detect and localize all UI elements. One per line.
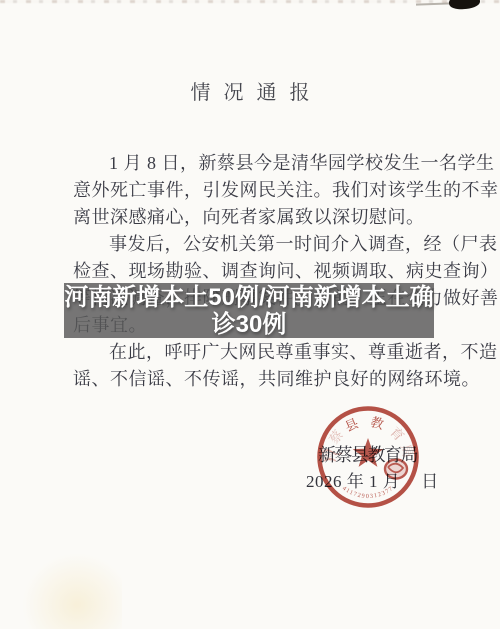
- document-line: 1 月 8 日，新蔡县今是清华园学校发生一名学生: [73, 150, 500, 177]
- seal-smudge-day: [385, 460, 407, 479]
- headline-line-2: 诊30例: [64, 311, 434, 338]
- paper-stain: [22, 553, 122, 629]
- headline-banner: 河南新增本土50例/河南新增本土确 诊30例: [64, 283, 434, 338]
- document-line: 事发后，公安机关第一时间介入调查，经（尸表: [73, 231, 500, 258]
- document-line: 离世深感痛心，向死者家属致以深切慰问。: [73, 204, 500, 231]
- seal-arc-char: 局: [398, 443, 416, 460]
- ink-smudge-icon: [448, 0, 480, 10]
- ink-smudge-line: [416, 2, 452, 5]
- headline-line-1: 河南新增本土50例/河南新增本土确: [64, 284, 434, 311]
- document-line: 意外死亡事件，引发网民关注。我们对该学生的不幸: [73, 177, 500, 204]
- signature-date-suffix: 日: [421, 472, 439, 491]
- seal-star-icon: [353, 438, 383, 467]
- document-photo: 情况通报 1 月 8 日，新蔡县今是清华园学校发生一名学生意外死亡事件，引发网民…: [0, 0, 500, 629]
- seal-code: 4117290312377: [341, 485, 395, 500]
- document-title: 情况通报: [0, 76, 500, 105]
- document-line: 检查、现场勘验、调查询问、视频调取、病史查询）: [73, 258, 500, 285]
- seal-arc-char: 县: [343, 415, 361, 434]
- document-line: 谣、不信谣、不传谣，共同维护良好的网络环境。: [73, 366, 500, 393]
- seal-arc-char: 教: [369, 414, 386, 432]
- document-body: 1 月 8 日，新蔡县今是清华园学校发生一名学生意外死亡事件，引发网民关注。我们…: [73, 150, 500, 393]
- official-seal: 新 蔡 县 教 育 局 4117290312377: [314, 403, 422, 511]
- document-line: 在此，呼吁广大网民尊重事实、尊重逝者，不造: [73, 339, 500, 366]
